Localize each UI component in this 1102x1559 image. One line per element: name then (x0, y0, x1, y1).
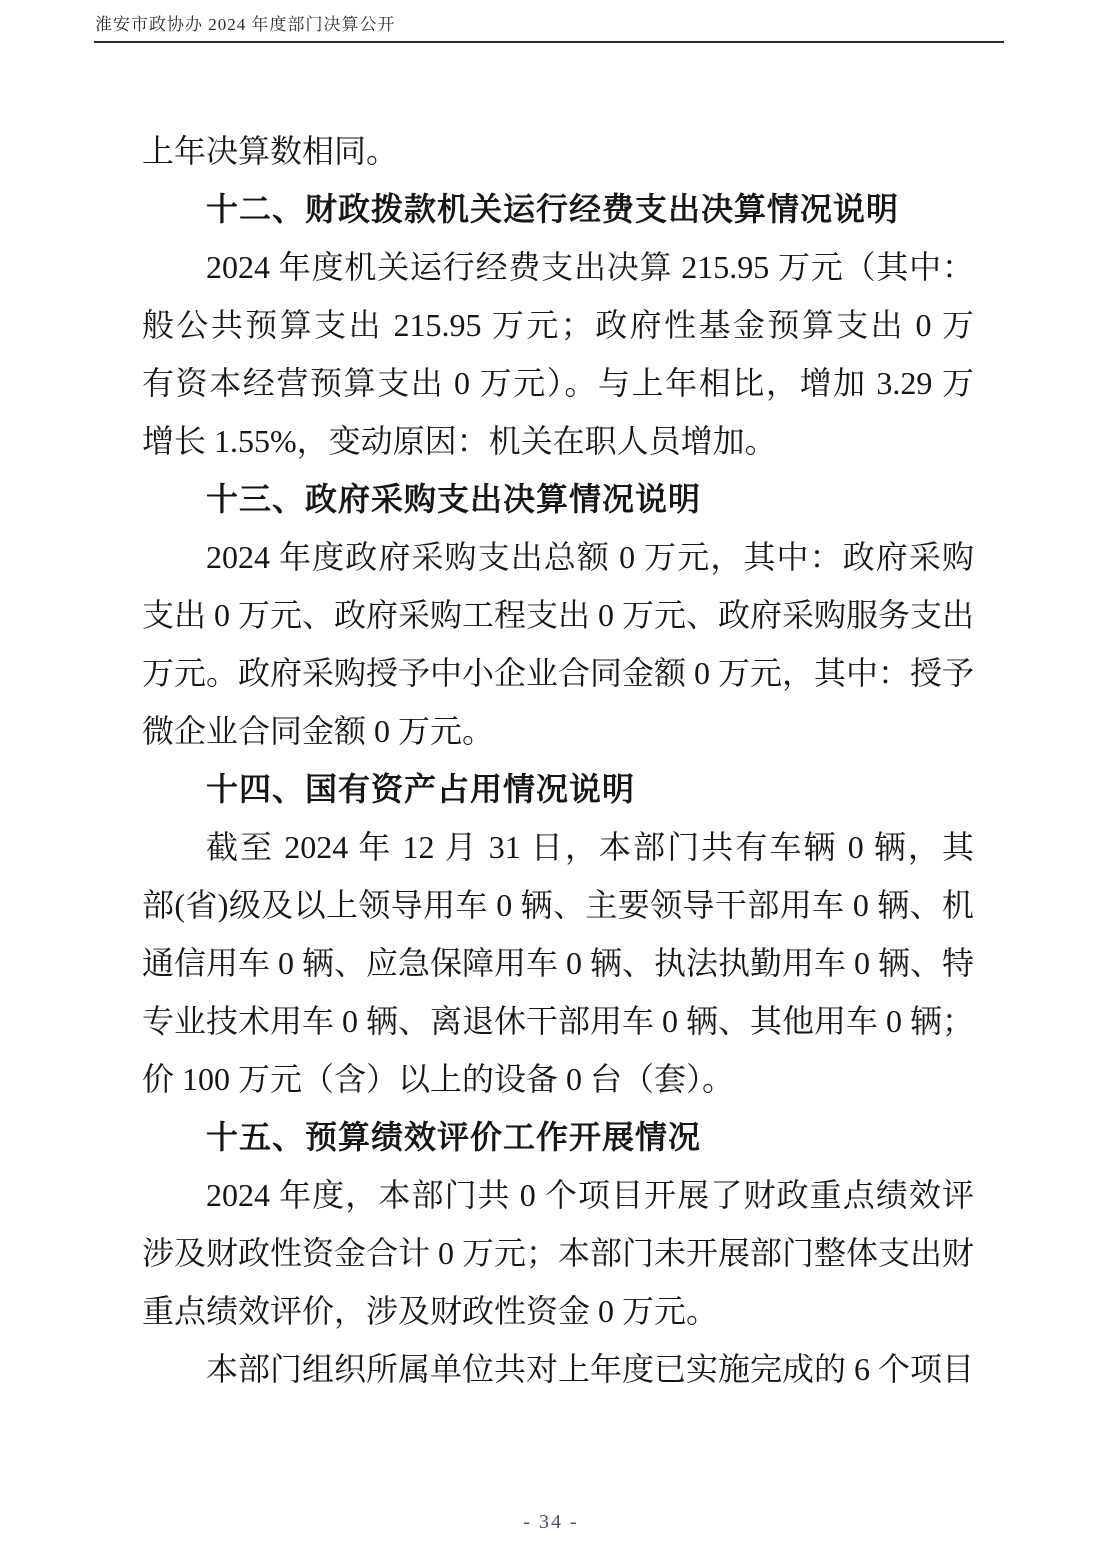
section-heading: 十二、财政拨款机关运行经费支出决算情况说明 (142, 180, 974, 238)
text-line: 本部门组织所属单位共对上年度已实施完成的 6 个项目开 (142, 1340, 974, 1398)
text-line: 上年决算数相同。 (142, 122, 974, 180)
text-line: 微企业合同金额 0 万元。 (142, 702, 974, 760)
text-line: 截至 2024 年 12 月 31 日，本部门共有车辆 0 辆，其中：副 (142, 818, 974, 876)
text-line: 2024 年度政府采购支出总额 0 万元，其中：政府采购货物 (142, 528, 974, 586)
text-line: 2024 年度机关运行经费支出决算 215.95 万元（其中：一 (142, 238, 974, 296)
text-line: 重点绩效评价，涉及财政性资金 0 万元。 (142, 1282, 974, 1340)
text-line: 2024 年度，本部门共 0 个项目开展了财政重点绩效评价， (142, 1166, 974, 1224)
text-line: 增长 1.55%，变动原因：机关在职人员增加。 (142, 412, 974, 470)
text-line: 部(省)级及以上领导用车 0 辆、主要领导干部用车 0 辆、机要 (142, 876, 974, 934)
document-body: 上年决算数相同。十二、财政拨款机关运行经费支出决算情况说明2024 年度机关运行… (142, 122, 974, 1398)
header-title: 淮安市政协办 2024 年度部门决算公开 (95, 14, 396, 36)
page-number: - 34 - (523, 1511, 578, 1533)
document-page: 淮安市政协办 2024 年度部门决算公开 上年决算数相同。十二、财政拨款机关运行… (0, 0, 1102, 1559)
page-footer: - 34 - (0, 1510, 1102, 1534)
text-line: 涉及财政性资金合计 0 万元；本部门未开展部门整体支出财政 (142, 1224, 974, 1282)
section-heading: 十四、国有资产占用情况说明 (142, 760, 974, 818)
text-line: 支出 0 万元、政府采购工程支出 0 万元、政府采购服务支出 0 (142, 586, 974, 644)
text-line: 万元。政府采购授予中小企业合同金额 0 万元，其中：授予小 (142, 644, 974, 702)
section-heading: 十三、政府采购支出决算情况说明 (142, 470, 974, 528)
text-line: 专业技术用车 0 辆、离退休干部用车 0 辆、其他用车 0 辆；单 (142, 992, 974, 1050)
text-line: 般公共预算支出 215.95 万元；政府性基金预算支出 0 万元；国 (142, 296, 974, 354)
section-heading: 十五、预算绩效评价工作开展情况 (142, 1108, 974, 1166)
header-rule (94, 41, 1004, 43)
text-line: 有资本经营预算支出 0 万元）。与上年相比，增加 3.29 万元， (142, 354, 974, 412)
text-line: 价 100 万元（含）以上的设备 0 台（套）。 (142, 1050, 974, 1108)
text-line: 通信用车 0 辆、应急保障用车 0 辆、执法执勤用车 0 辆、特种 (142, 934, 974, 992)
